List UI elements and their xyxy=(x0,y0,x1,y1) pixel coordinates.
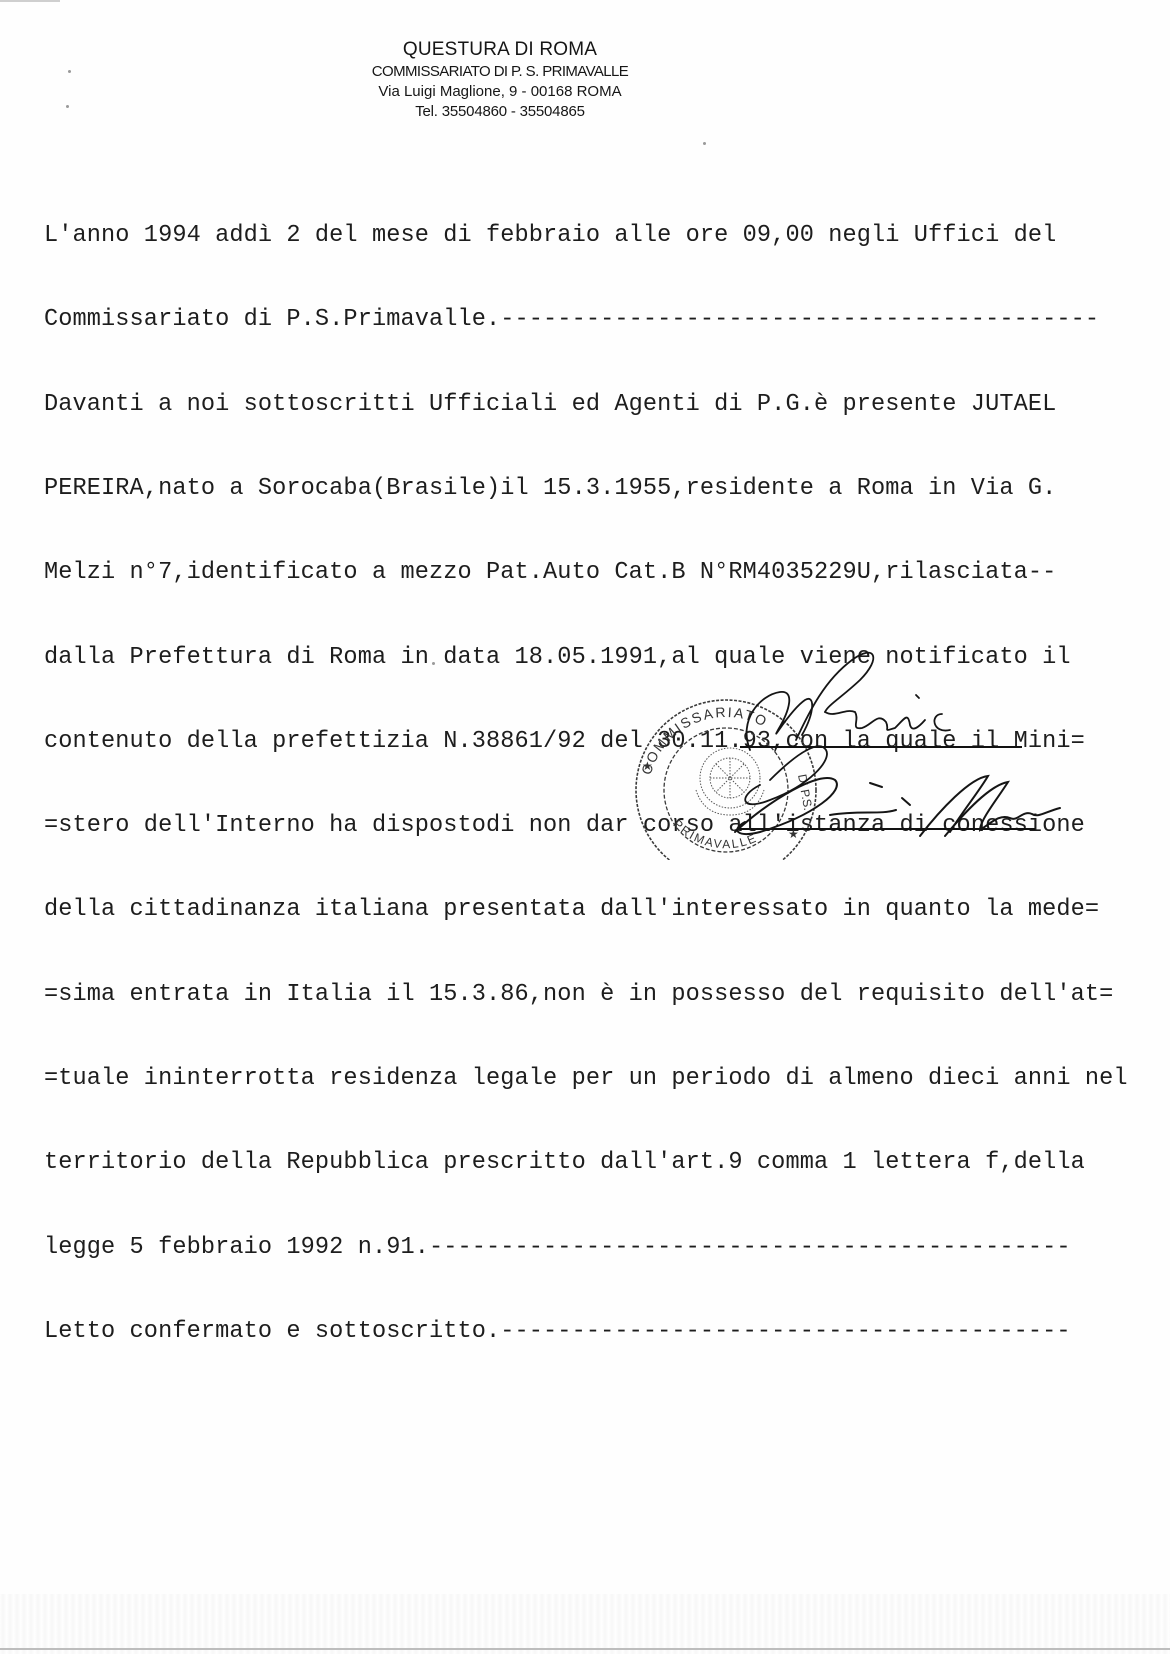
svg-text:★: ★ xyxy=(642,759,653,773)
declarant-signature-icon xyxy=(745,653,950,805)
letterhead-station: COMMISSARIATO DI P. S. PRIMAVALLE xyxy=(330,62,670,82)
scan-edge xyxy=(0,1648,1170,1650)
scanned-document-page: QUESTURA DI ROMA COMMISSARIATO DI P. S. … xyxy=(0,0,1170,1654)
scan-speck xyxy=(66,105,69,108)
letterhead-phone: Tel. 35504860 - 35504865 xyxy=(330,102,670,122)
scan-speck xyxy=(68,70,71,73)
body-line: territorio della Repubblica prescritto d… xyxy=(44,1149,1164,1177)
scan-speck xyxy=(432,662,435,665)
officer-signature-icon xyxy=(735,776,1060,836)
signature-block: COMMISSARIATO DI P.S. PRIMAVALLE ★ ★ xyxy=(620,600,1080,860)
body-line: Davanti a noi sottoscritti Ufficiali ed … xyxy=(44,391,1164,419)
letterhead-office: QUESTURA DI ROMA xyxy=(330,38,670,62)
body-line: L'anno 1994 addì 2 del mese di febbraio … xyxy=(44,222,1164,250)
svg-text:DI P.S.: DI P.S. xyxy=(795,773,815,811)
body-line: PEREIRA,nato a Sorocaba(Brasile)il 15.3.… xyxy=(44,475,1164,503)
letterhead: QUESTURA DI ROMA COMMISSARIATO DI P. S. … xyxy=(330,38,670,122)
body-line: Letto confermato e sottoscritto.--------… xyxy=(44,1318,1164,1346)
body-line: =tuale ininterrotta residenza legale per… xyxy=(44,1065,1164,1093)
scan-speck xyxy=(703,142,706,145)
scan-edge xyxy=(0,0,60,2)
letterhead-address: Via Luigi Maglione, 9 - 00168 ROMA xyxy=(330,82,670,102)
body-line: =sima entrata in Italia il 15.3.86,non è… xyxy=(44,981,1164,1009)
body-line: Commissariato di P.S.Primavalle.--------… xyxy=(44,306,1164,334)
scan-noise xyxy=(0,1594,1170,1654)
body-line: della cittadinanza italiana presentata d… xyxy=(44,896,1164,924)
body-line: Melzi n°7,identificato a mezzo Pat.Auto … xyxy=(44,559,1164,587)
body-line: legge 5 febbraio 1992 n.91.-------------… xyxy=(44,1234,1164,1262)
official-stamp-icon: COMMISSARIATO DI P.S. PRIMAVALLE ★ ★ xyxy=(620,600,1080,860)
